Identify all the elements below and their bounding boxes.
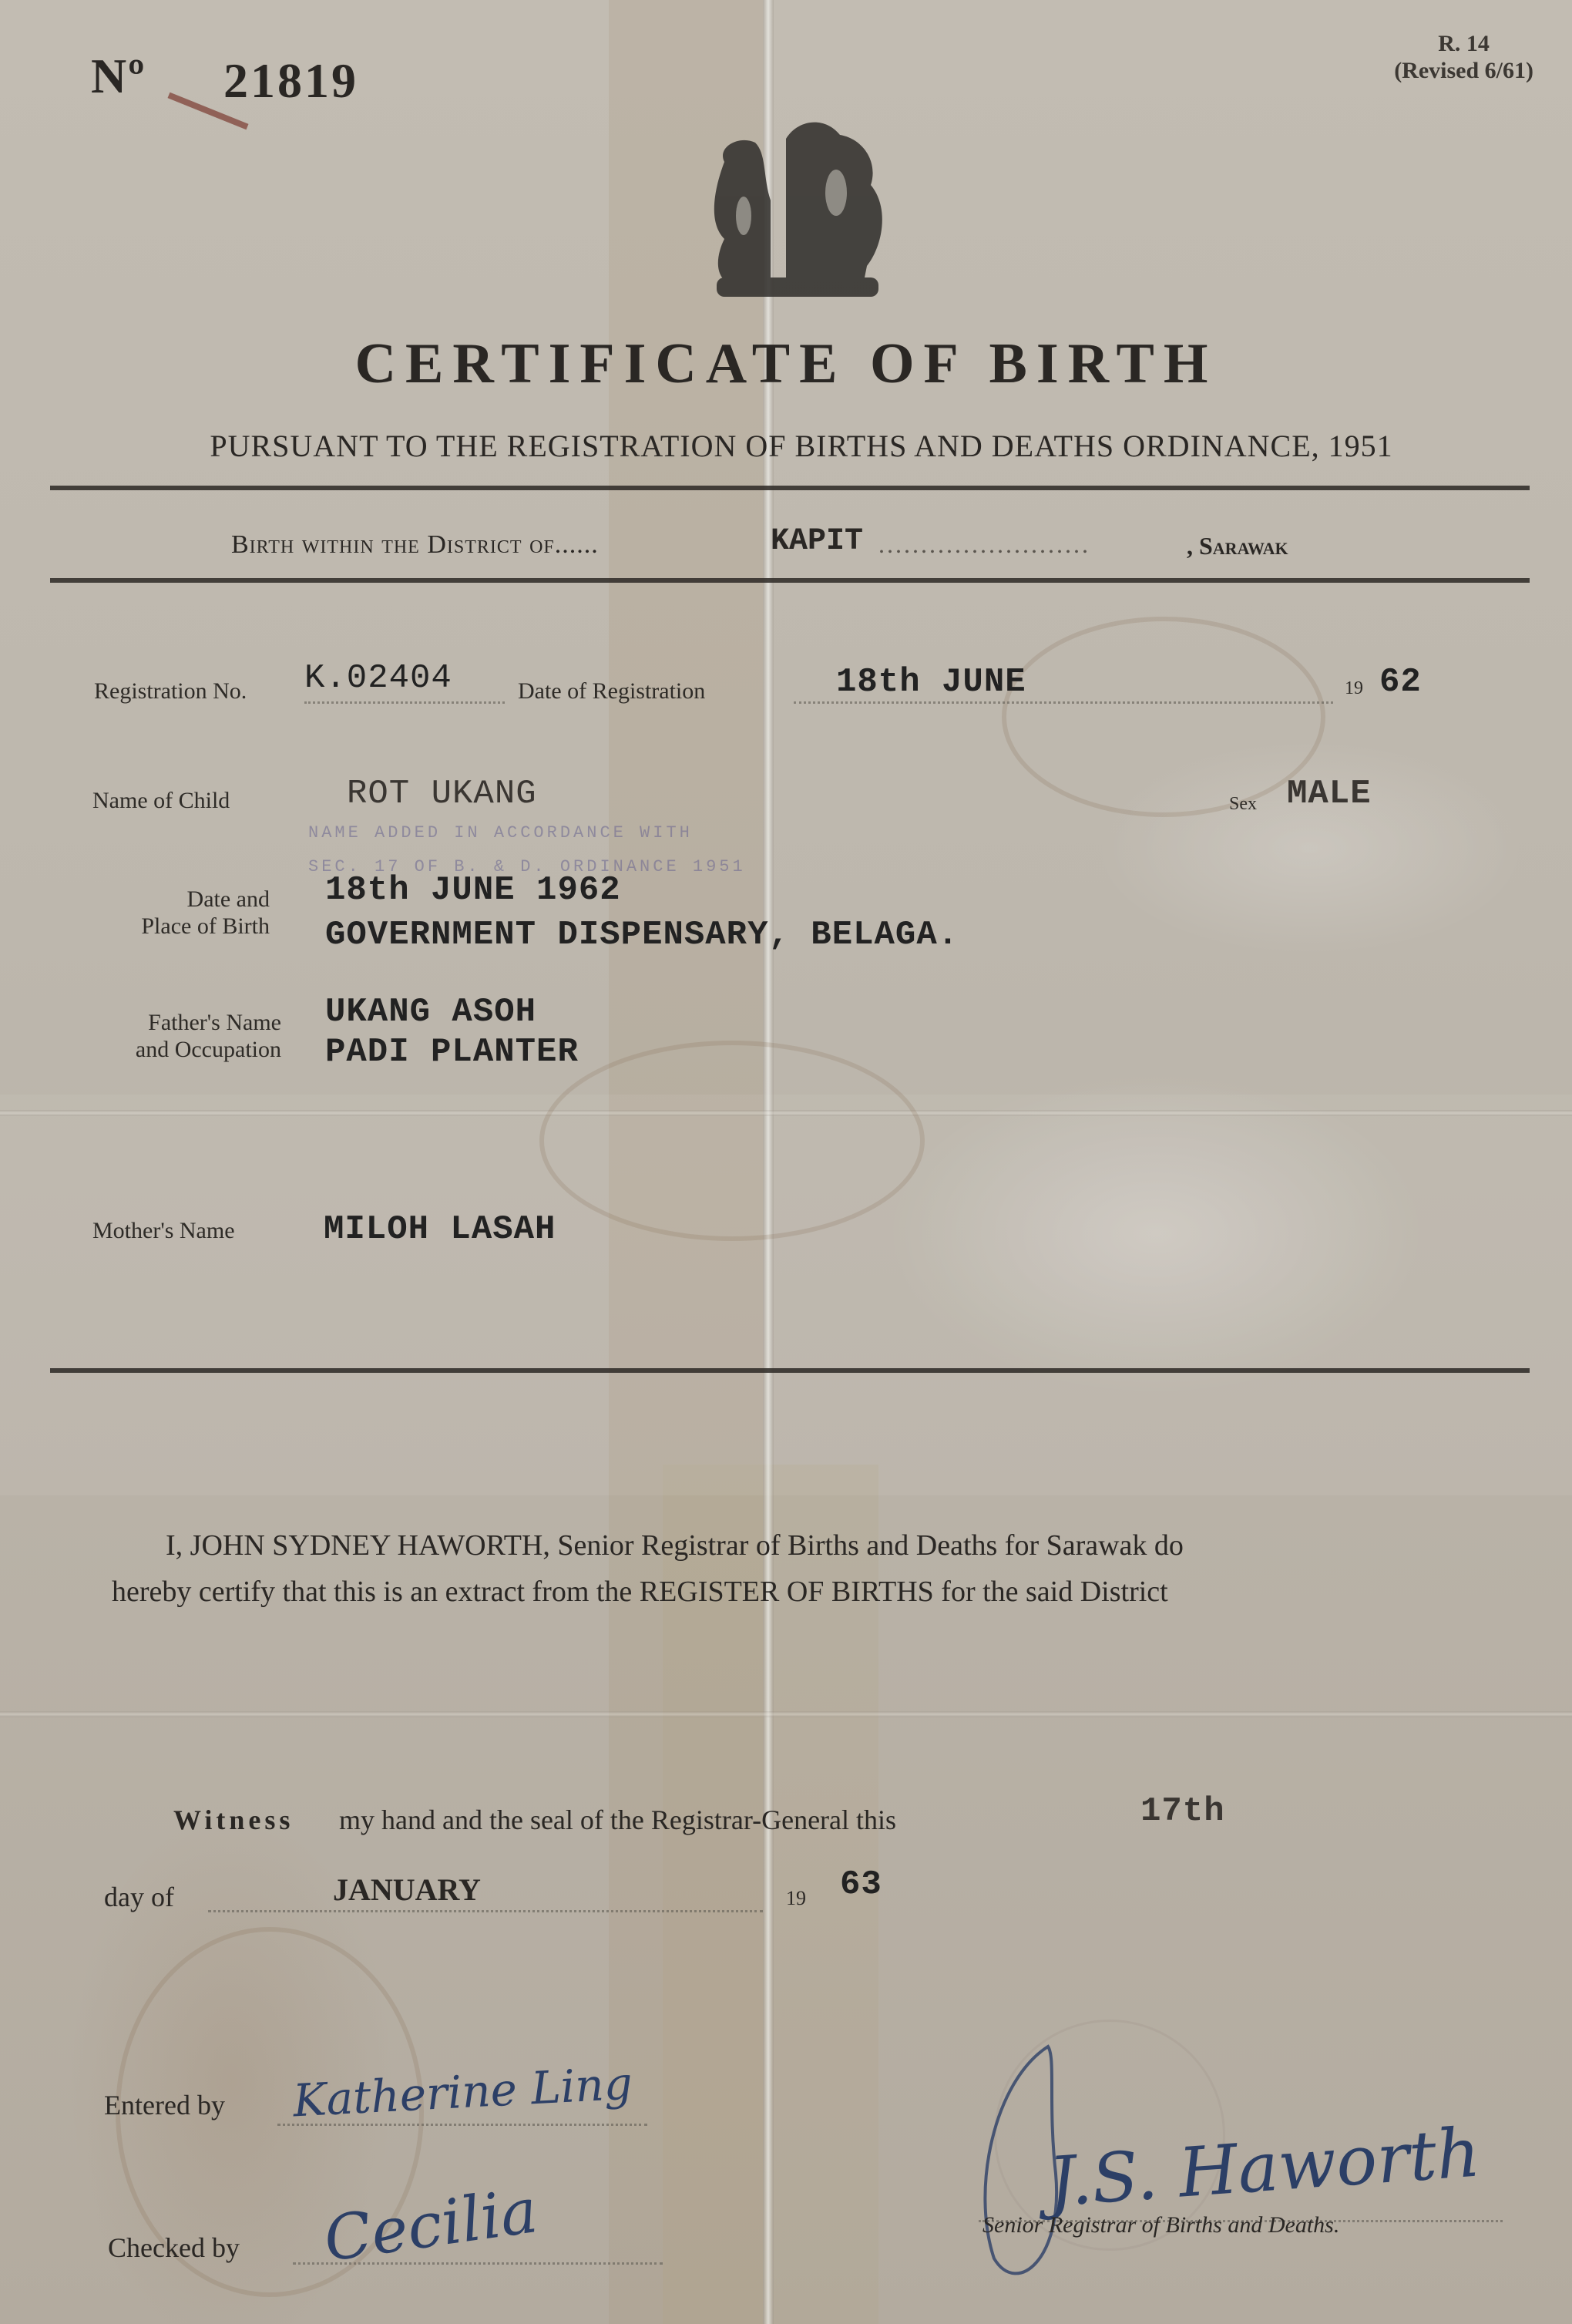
cert-year-suffix: 63: [840, 1865, 882, 1904]
certificate-number: 21819: [223, 52, 358, 109]
certificate-number-label: Nº: [91, 48, 146, 105]
divider-rule: [50, 1368, 1530, 1373]
form-revision: (Revised 6/61): [1394, 58, 1533, 85]
day-of-label: day of: [104, 1881, 174, 1913]
water-stain: [539, 1041, 925, 1241]
registrar-title: Senior Registrar of Births and Deaths.: [982, 2212, 1339, 2238]
date-place-label-line1: Date and: [85, 886, 270, 913]
district-value: KAPIT: [771, 524, 863, 559]
registration-year-suffix: 62: [1379, 663, 1422, 701]
witness-text: my hand and the seal of the Registrar-Ge…: [339, 1804, 896, 1836]
district-label: Birth within the District of......: [231, 530, 599, 560]
certification-line2: hereby certify that this is an extract f…: [112, 1569, 1168, 1616]
registration-year-prefix: 19: [1345, 678, 1363, 700]
dotted-line: [304, 701, 505, 704]
father-label: Father's Name and Occupation: [77, 1010, 281, 1063]
registration-no-label: Registration No.: [94, 678, 247, 705]
witness-prefix: Witness: [173, 1804, 294, 1836]
water-stain: [1002, 617, 1325, 817]
father-name: UKANG ASOH: [325, 993, 536, 1031]
certificate-subtitle: PURSUANT TO THE REGISTRATION OF BIRTHS A…: [108, 428, 1495, 464]
month-value: JANUARY: [333, 1872, 481, 1908]
dotted-line: [208, 1910, 763, 1912]
witness-day: 17th: [1140, 1792, 1225, 1831]
form-code-block: R. 14 (Revised 6/61): [1394, 31, 1533, 84]
cert-year-prefix: 19: [786, 1887, 806, 1910]
name-annotation-line1: NAME ADDED IN ACCORDANCE WITH: [308, 823, 693, 842]
entered-by-label: Entered by: [104, 2089, 225, 2121]
date-place-label-line2: Place of Birth: [85, 913, 270, 940]
date-of-registration: 18th JUNE: [836, 663, 1026, 701]
coat-of-arms-icon: [670, 92, 917, 316]
father-occupation: PADI PLANTER: [325, 1033, 579, 1071]
date-of-birth: 18th JUNE 1962: [325, 871, 621, 910]
mother-label: Mother's Name: [92, 1218, 235, 1245]
divider-rule: [50, 486, 1530, 490]
father-label-line1: Father's Name: [77, 1010, 281, 1037]
date-place-label: Date and Place of Birth: [85, 886, 270, 940]
state-label: , Sarawak: [1187, 532, 1288, 560]
checked-by-label: Checked by: [108, 2232, 240, 2264]
certification-line1: I, JOHN SYDNEY HAWORTH, Senior Registrar…: [166, 1522, 1184, 1569]
district-dots: .........................: [878, 530, 1090, 559]
name-of-child: ROT UKANG: [347, 775, 537, 813]
registration-no: K.02404: [304, 659, 452, 698]
dotted-line: [293, 2262, 663, 2265]
dotted-line: [277, 2124, 647, 2126]
divider-rule: [50, 578, 1530, 583]
father-label-line2: and Occupation: [77, 1037, 281, 1064]
sex-label: Sex: [1229, 794, 1257, 816]
place-of-birth: GOVERNMENT DISPENSARY, BELAGA.: [325, 916, 959, 954]
fold-line-horizontal: [0, 1711, 1572, 1717]
name-of-child-label: Name of Child: [92, 788, 230, 815]
date-of-registration-label: Date of Registration: [518, 678, 705, 705]
form-code: R. 14: [1394, 31, 1533, 58]
certificate-title: CERTIFICATE OF BIRTH: [0, 331, 1572, 397]
sex-value: MALE: [1287, 775, 1372, 813]
mother-name: MILOH LASAH: [324, 1210, 556, 1249]
dotted-line: [794, 701, 1333, 704]
